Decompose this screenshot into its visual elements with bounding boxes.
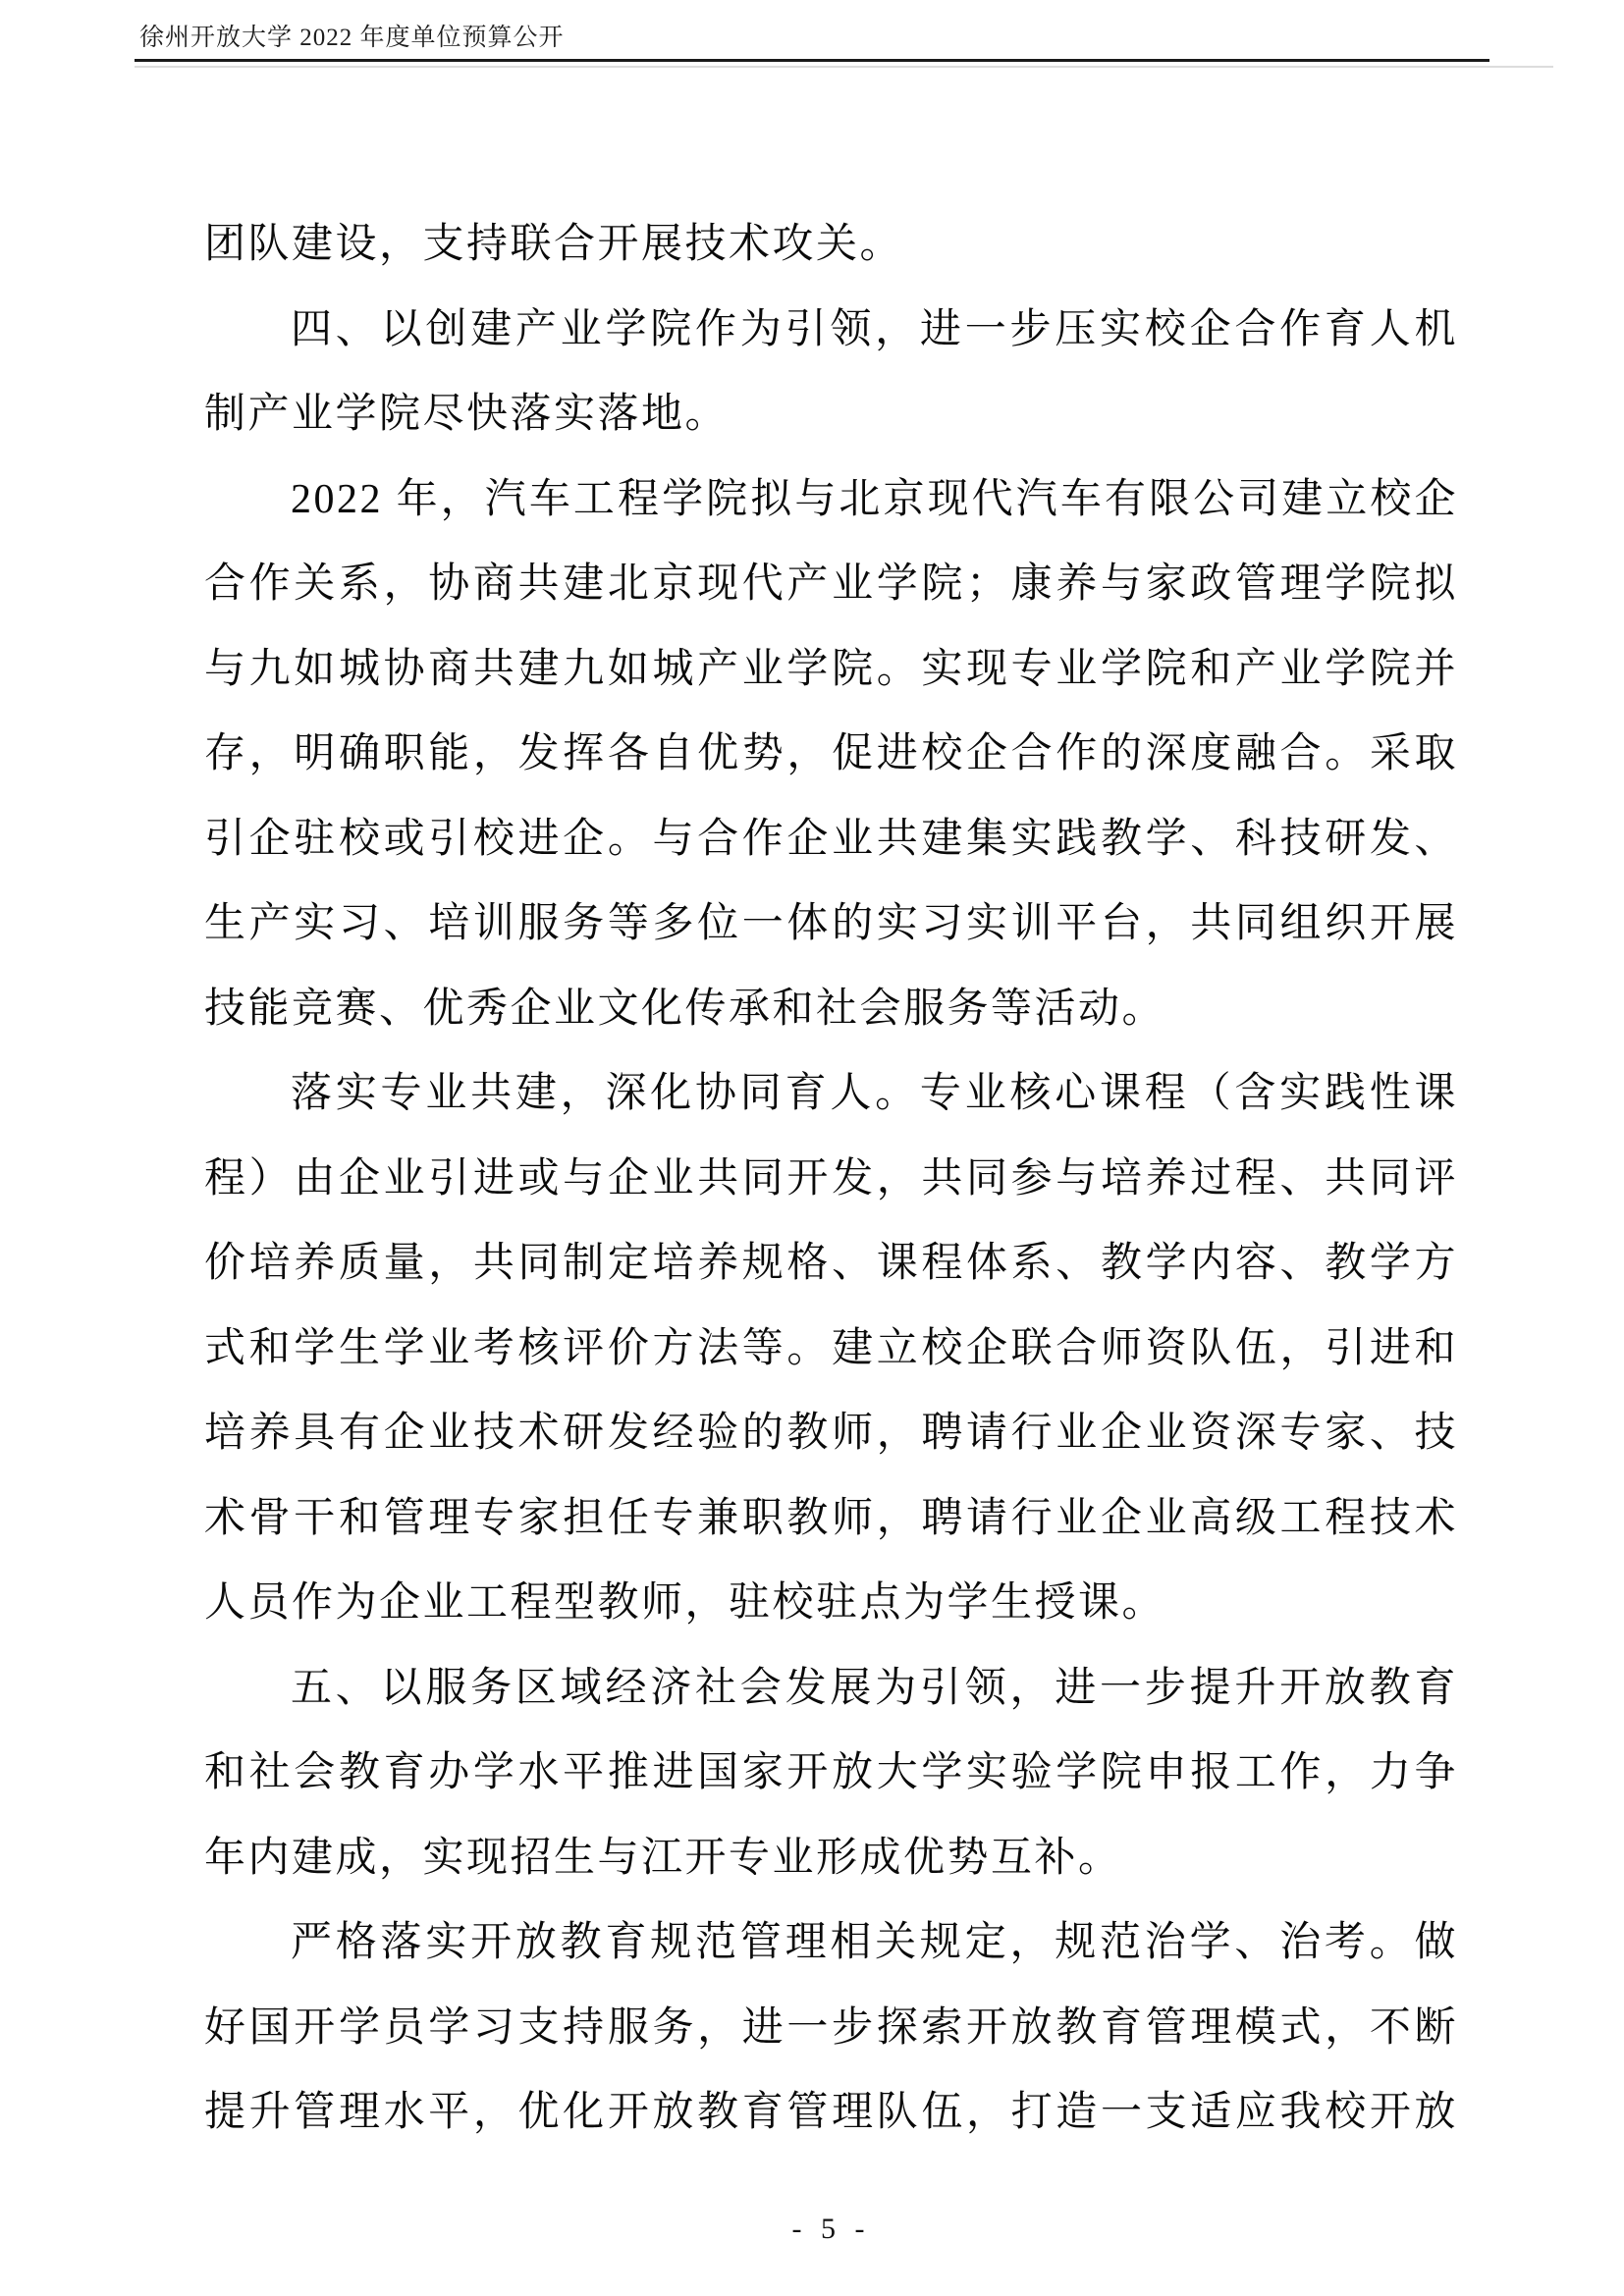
text-line: 人员作为企业工程型教师，驻校驻点为学生授课。: [204, 1561, 1458, 1646]
text-line: 价培养质量，共同制定培养规格、课程体系、教学内容、教学方: [204, 1221, 1458, 1307]
text-line: 程）由企业引进或与企业共同开发，共同参与培养过程、共同评: [204, 1137, 1458, 1222]
text-line: 式和学生学业考核评价方法等。建立校企联合师资队伍，引进和: [204, 1307, 1458, 1392]
text-line: 培养具有企业技术研发经验的教师，聘请行业企业资深专家、技: [204, 1391, 1458, 1476]
page-footer: - 5 -: [204, 2207, 1458, 2252]
text-line: 合作关系，协商共建北京现代产业学院；康养与家政管理学院拟: [204, 542, 1458, 627]
header-rule: [135, 59, 1489, 62]
page-number: - 5 -: [792, 2213, 871, 2245]
text-line: 提升管理水平，优化开放教育管理队伍，打造一支适应我校开放: [204, 2070, 1458, 2156]
text-line: 存，明确职能，发挥各自优势，促进校企合作的深度融合。采取: [204, 712, 1458, 797]
document-page: 徐州开放大学 2022 年度单位预算公开 团队建设，支持联合开展技术攻关。 四、…: [0, 0, 1624, 2296]
text-line: 落实专业共建，深化协同育人。专业核心课程（含实践性课: [204, 1051, 1458, 1137]
text-line: 四、以创建产业学院作为引领，进一步压实校企合作育人机: [204, 288, 1458, 373]
text-line: 和社会教育办学水平推进国家开放大学实验学院申报工作，力争: [204, 1731, 1458, 1816]
header-title: 徐州开放大学 2022 年度单位预算公开: [139, 24, 565, 53]
text-line: 团队建设，支持联合开展技术攻关。: [204, 202, 1458, 288]
text-line: 年内建成，实现招生与江开专业形成优势互补。: [204, 1816, 1458, 1901]
text-line: 严格落实开放教育规范管理相关规定，规范治学、治考。做: [204, 1900, 1458, 1986]
text-line: 生产实习、培训服务等多位一体的实习实训平台，共同组织开展: [204, 881, 1458, 967]
text-line: 2022 年，汽车工程学院拟与北京现代汽车有限公司建立校企: [204, 457, 1458, 543]
text-line: 与九如城协商共建九如城产业学院。实现专业学院和产业学院并: [204, 627, 1458, 713]
text-line: 制产业学院尽快落实落地。: [204, 372, 1458, 457]
text-line: 引企驻校或引校进企。与合作企业共建集实践教学、科技研发、: [204, 797, 1458, 882]
text-line: 好国开学员学习支持服务，进一步探索开放教育管理模式，不断: [204, 1986, 1458, 2071]
text-line: 术骨干和管理专家担任专兼职教师，聘请行业企业高级工程技术: [204, 1476, 1458, 1562]
text-line: 技能竞赛、优秀企业文化传承和社会服务等活动。: [204, 967, 1458, 1052]
document-body: 团队建设，支持联合开展技术攻关。 四、以创建产业学院作为引领，进一步压实校企合作…: [204, 202, 1458, 2156]
header-rule-shadow: [135, 66, 1553, 68]
text-line: 五、以服务区域经济社会发展为引领，进一步提升开放教育: [204, 1646, 1458, 1732]
